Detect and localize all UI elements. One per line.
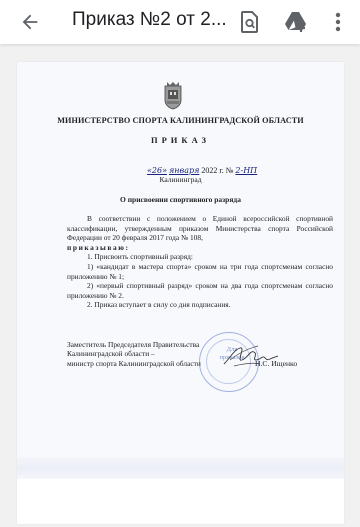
scan-shadow [17, 457, 344, 479]
paragraph: В соответствии с положением о Единой все… [67, 214, 333, 243]
signer-title: Заместитель Председателя Правительства К… [67, 340, 201, 368]
ministry-name: МИНИСТЕРСТВО СПОРТА КАЛИНИНГРАДСКОЙ ОБЛА… [17, 116, 344, 125]
order-number: 2-НП [235, 166, 257, 175]
back-arrow-icon [19, 11, 41, 33]
item: 2. Приказ вступает в силу со дня подписа… [67, 300, 333, 310]
orders-word: приказываю: [67, 243, 333, 253]
item: 1) «кандидат в мастера спорта» сроком на… [67, 262, 333, 281]
document-viewer[interactable]: МИНИСТЕРСТВО СПОРТА КАЛИНИНГРАДСКОЙ ОБЛА… [0, 44, 360, 527]
app-bar: Приказ №2 от 2... [0, 0, 360, 44]
signer-line: Заместитель Председателя Правительства [67, 340, 201, 349]
add-to-drive-button[interactable] [282, 8, 310, 36]
find-in-page-button[interactable] [236, 8, 264, 36]
document-page: МИНИСТЕРСТВО СПОРТА КАЛИНИНГРАДСКОЙ ОБЛА… [17, 62, 344, 524]
city: Калининград [17, 175, 344, 184]
item: 1. Присвоить спортивный разряд: [67, 252, 333, 262]
item: 2) «первый спортивный разряд» сроком на … [67, 281, 333, 300]
add-to-drive-icon [284, 11, 308, 33]
find-in-page-icon [240, 11, 260, 33]
page-margin [17, 479, 344, 524]
signer-line: Калининградской области – [67, 349, 201, 358]
signer-name: Н.С. Ищенко [255, 359, 297, 368]
date-year: 2022 г. № [201, 166, 233, 175]
back-button[interactable] [16, 8, 44, 36]
coat-of-arms-icon [162, 80, 184, 110]
document-body: В соответствии с положением о Единой все… [67, 214, 333, 310]
document-title: Приказ №2 от 2... [72, 9, 227, 31]
subject: О присвоении спортивного разряда [17, 195, 344, 204]
date-line: «26» января 2022 г. № 2-НП [147, 166, 257, 175]
date-month: января [169, 166, 199, 175]
more-options-button[interactable] [324, 8, 352, 36]
more-vert-icon [335, 12, 341, 32]
signer-line: министр спорта Калининградской области [67, 359, 201, 368]
date-day: «26» [147, 166, 167, 175]
document-heading: ПРИКАЗ [17, 135, 344, 145]
